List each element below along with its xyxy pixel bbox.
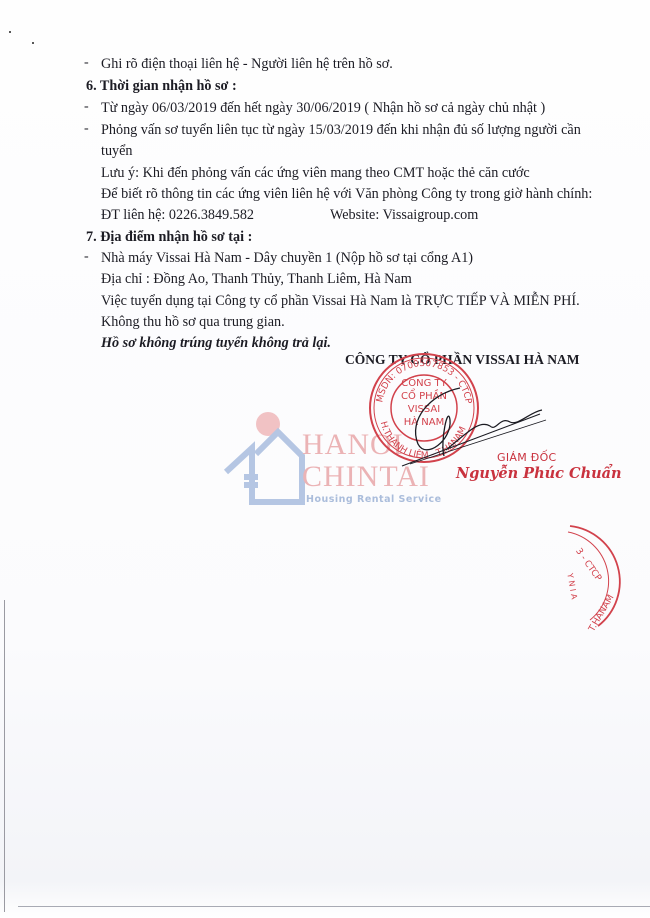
contact-bullet: Ghi rõ điện thoại liên hệ - Người liên h… bbox=[101, 55, 393, 73]
svg-text:3 - CTCP: 3 - CTCP bbox=[573, 547, 603, 584]
website-link[interactable]: Website: Vissaigroup.com bbox=[330, 206, 478, 224]
house-logo-icon bbox=[222, 410, 312, 510]
svg-text:Y N I A: Y N I A bbox=[565, 572, 579, 601]
address: Địa chỉ : Đồng Ao, Thanh Thủy, Thanh Liê… bbox=[101, 270, 412, 288]
bullet-dash: - bbox=[84, 121, 89, 137]
date-range-bullet: Từ ngày 06/03/2019 đến hết ngày 30/06/20… bbox=[101, 99, 545, 117]
document-page: - Ghi rõ điện thoại liên hệ - Người liên… bbox=[0, 0, 650, 918]
scan-speck bbox=[9, 31, 11, 33]
partial-seal: 3 - CTCP T.HANAM Y N I A bbox=[540, 518, 640, 633]
section-7-heading: 7. Địa điểm nhận hồ sơ tại : bbox=[86, 228, 252, 246]
factory-bullet: Nhà máy Vissai Hà Nam - Dây chuyền 1 (Nộ… bbox=[101, 249, 473, 267]
interview-bullet-continuation: tuyển bbox=[101, 142, 133, 160]
watermark-tagline: Housing Rental Service bbox=[306, 494, 442, 505]
director-name: Nguyễn Phúc Chuẩn bbox=[456, 465, 622, 482]
office-info: Để biết rõ thông tin các ứng viên liên h… bbox=[101, 185, 592, 203]
free-recruitment-notice: Việc tuyển dụng tại Công ty cổ phần Viss… bbox=[101, 292, 580, 310]
bullet-dash: - bbox=[84, 55, 89, 71]
no-middleman-notice: Không thu hồ sơ qua trung gian. bbox=[101, 313, 285, 331]
svg-text:T.HANAM: T.HANAM bbox=[587, 593, 617, 633]
interview-bullet: Phỏng vấn sơ tuyển liên tục từ ngày 15/0… bbox=[101, 121, 581, 139]
partial-seal-ring-icon: 3 - CTCP T.HANAM Y N I A bbox=[540, 518, 640, 633]
bullet-dash: - bbox=[84, 249, 89, 265]
bullet-dash: - bbox=[84, 99, 89, 115]
id-note: Lưu ý: Khi đến phỏng vấn các ứng viên ma… bbox=[101, 164, 530, 182]
phone-number: ĐT liên hệ: 0226.3849.582 bbox=[101, 206, 254, 224]
no-return-notice: Hồ sơ không trúng tuyển không trả lại. bbox=[101, 334, 331, 352]
section-6-heading: 6. Thời gian nhận hồ sơ : bbox=[86, 77, 237, 95]
scan-speck bbox=[32, 42, 34, 44]
scan-edge-left bbox=[4, 600, 5, 912]
director-title: GIÁM ĐỐC bbox=[497, 451, 557, 464]
scan-edge-bottom bbox=[18, 906, 650, 907]
